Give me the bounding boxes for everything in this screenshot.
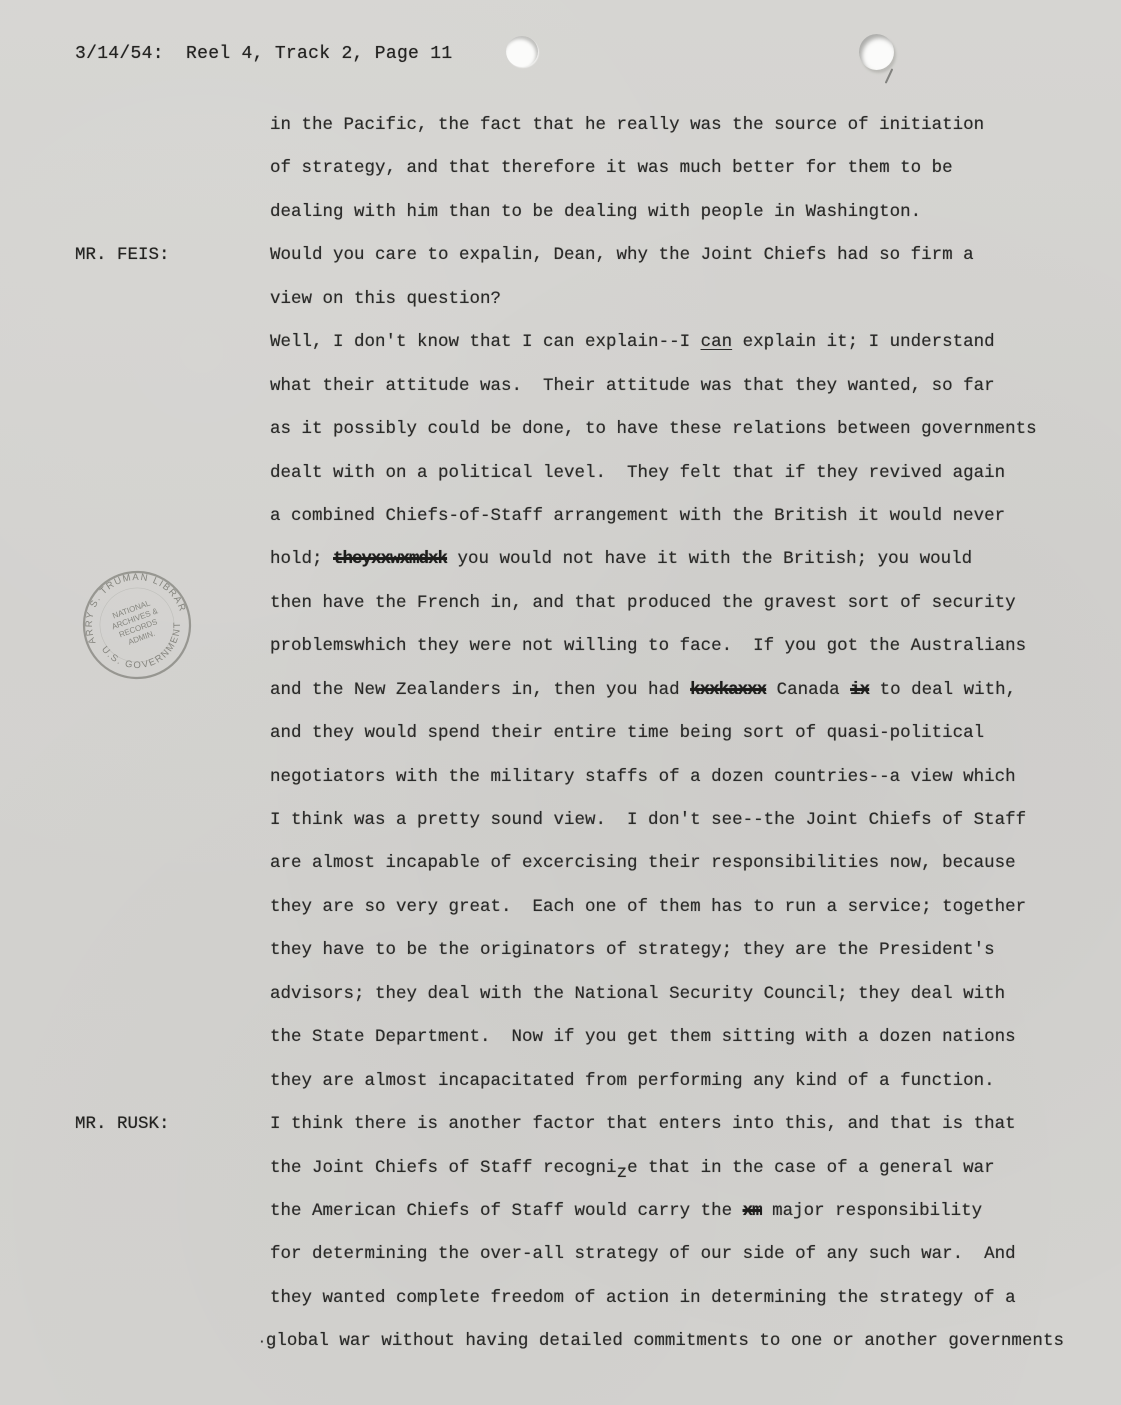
transcript-line: they are almost incapacitated from perfo… xyxy=(75,1060,1105,1103)
line-text: for determining the over-all strategy of… xyxy=(270,1233,1105,1276)
line-text: Well, I don't know that I can explain--I… xyxy=(270,321,1105,364)
transcript-line: and the New Zealanders in, then you had … xyxy=(75,669,1105,712)
document-page: { "header": { "text": "3/14/54: Reel 4, … xyxy=(0,0,1121,1405)
line-text: they have to be the originators of strat… xyxy=(270,929,1105,972)
line-text: negotiators with the military staffs of … xyxy=(270,756,1105,799)
transcript-line: MR. RUSK:I think there is another factor… xyxy=(75,1103,1105,1146)
transcript-line: they have to be the originators of strat… xyxy=(75,929,1105,972)
line-text: dealing with him than to be dealing with… xyxy=(270,191,1105,234)
line-text: what their attitude was. Their attitude … xyxy=(270,365,1105,408)
transcript-line: ·global war without having detailed comm… xyxy=(75,1320,1105,1363)
line-text: as it possibly could be done, to have th… xyxy=(270,408,1105,451)
transcript-line: of strategy, and that therefore it was m… xyxy=(75,147,1105,190)
transcript-line: MR. FEIS:Would you care to expalin, Dean… xyxy=(75,234,1105,277)
transcript-line: as it possibly could be done, to have th… xyxy=(75,408,1105,451)
transcript-line: dealing with him than to be dealing with… xyxy=(75,191,1105,234)
transcript-line: dealt with on a political level. They fe… xyxy=(75,452,1105,495)
transcript-line: then have the French in, and that produc… xyxy=(75,582,1105,625)
transcript-line: in the Pacific, the fact that he really … xyxy=(75,104,1105,147)
transcript-line: they are so very great. Each one of them… xyxy=(75,886,1105,929)
line-text: Would you care to expalin, Dean, why the… xyxy=(270,234,1105,277)
page-header: 3/14/54: Reel 4, Track 2, Page 11 xyxy=(75,44,452,64)
line-text: problemswhich they were not willing to f… xyxy=(270,625,1105,668)
transcript-line: they wanted complete freedom of action i… xyxy=(75,1277,1105,1320)
transcript-line: are almost incapable of excercising thei… xyxy=(75,842,1105,885)
line-text: then have the French in, and that produc… xyxy=(270,582,1105,625)
transcript-line: view on this question? xyxy=(75,278,1105,321)
line-text: I think there is another factor that ent… xyxy=(270,1103,1105,1146)
transcript-line: advisors; they deal with the National Se… xyxy=(75,973,1105,1016)
line-text: the American Chiefs of Staff would carry… xyxy=(270,1190,1105,1233)
transcript-line: the Joint Chiefs of Staff recognize that… xyxy=(75,1147,1105,1190)
line-text: advisors; they deal with the National Se… xyxy=(270,973,1105,1016)
line-text: in the Pacific, the fact that he really … xyxy=(270,104,1105,147)
transcript-line: hold; theyxxwxmdxk you would not have it… xyxy=(75,538,1105,581)
line-text: and the New Zealanders in, then you had … xyxy=(270,669,1105,712)
speaker-label: MR. FEIS: xyxy=(75,234,270,277)
line-text: view on this question? xyxy=(270,278,1105,321)
transcript-line: problemswhich they were not willing to f… xyxy=(75,625,1105,668)
transcript-line: what their attitude was. Their attitude … xyxy=(75,365,1105,408)
transcript-line: I think was a pretty sound view. I don't… xyxy=(75,799,1105,842)
line-text: they are so very great. Each one of them… xyxy=(270,886,1105,929)
transcript-line: the State Department. Now if you get the… xyxy=(75,1016,1105,1059)
transcript-line: for determining the over-all strategy of… xyxy=(75,1233,1105,1276)
line-text: I think was a pretty sound view. I don't… xyxy=(270,799,1105,842)
punch-hole-right xyxy=(859,34,894,70)
line-text: a combined Chiefs-of-Staff arrangement w… xyxy=(270,495,1105,538)
line-text: the State Department. Now if you get the… xyxy=(270,1016,1105,1059)
line-text: and they would spend their entire time b… xyxy=(270,712,1105,755)
line-text: are almost incapable of excercising thei… xyxy=(270,842,1105,885)
line-text: they are almost incapacitated from perfo… xyxy=(270,1060,1105,1103)
transcript-line: Well, I don't know that I can explain--I… xyxy=(75,321,1105,364)
line-text: they wanted complete freedom of action i… xyxy=(270,1277,1105,1320)
transcript-line: negotiators with the military staffs of … xyxy=(75,756,1105,799)
archive-stamp-icon: HARRY S. TRUMAN LIBRARY U.S. GOVERNMENT … xyxy=(75,563,199,687)
transcript-line: and they would spend their entire time b… xyxy=(75,712,1105,755)
transcript: in the Pacific, the fact that he really … xyxy=(75,104,1105,1364)
line-text: of strategy, and that therefore it was m… xyxy=(270,147,1105,190)
line-text: the Joint Chiefs of Staff recognize that… xyxy=(270,1147,1105,1190)
line-text: ·global war without having detailed comm… xyxy=(270,1320,1105,1363)
punch-hole-left xyxy=(506,36,538,67)
line-text: dealt with on a political level. They fe… xyxy=(270,452,1105,495)
speaker-label: MR. RUSK: xyxy=(75,1103,270,1146)
pen-mark xyxy=(885,68,894,83)
transcript-line: a combined Chiefs-of-Staff arrangement w… xyxy=(75,495,1105,538)
transcript-line: the American Chiefs of Staff would carry… xyxy=(75,1190,1105,1233)
line-text: hold; theyxxwxmdxk you would not have it… xyxy=(270,538,1105,581)
